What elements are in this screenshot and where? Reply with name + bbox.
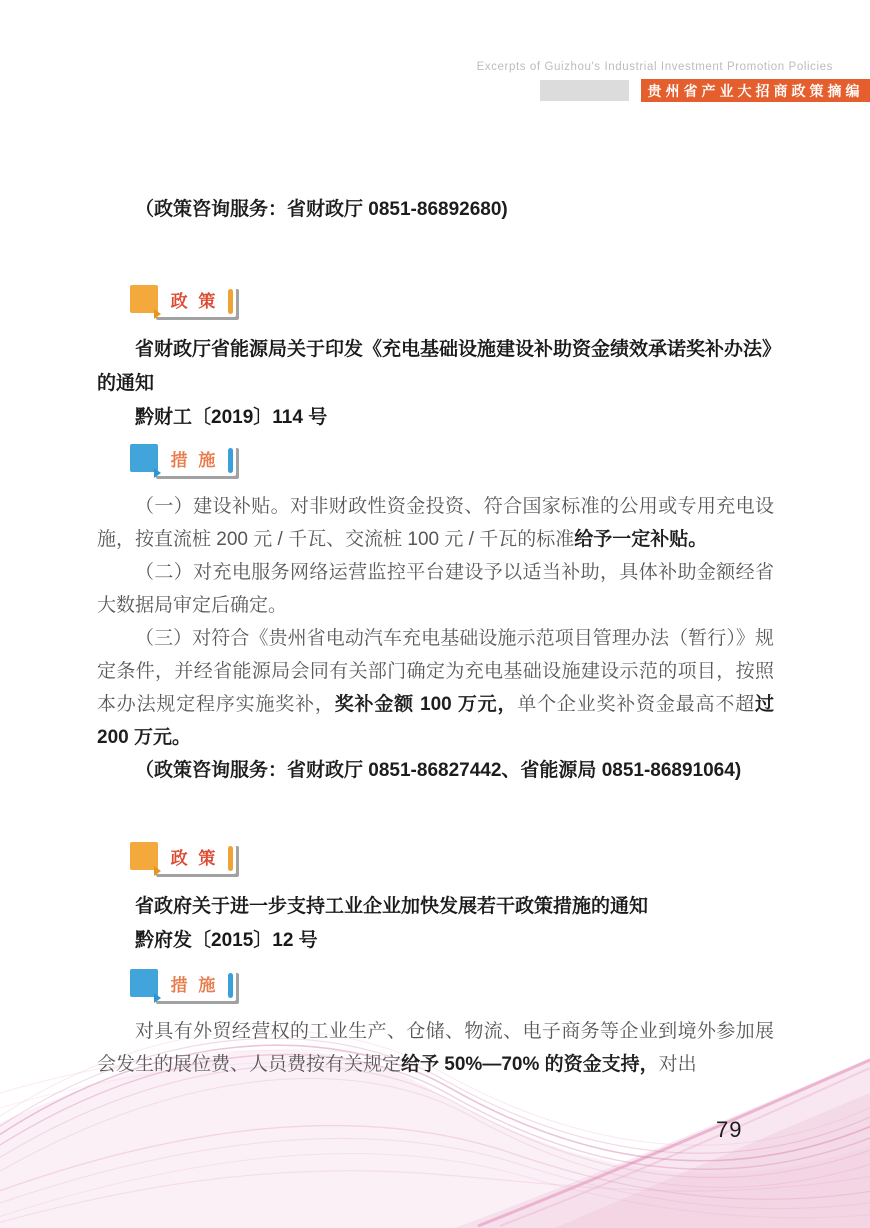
- policy1-doc-number: 黔财工〔2019〕114 号: [97, 401, 774, 435]
- measures-badge-label: 措 施: [171, 444, 219, 477]
- page-content: （政策咨询服务：省财政厅 0851-86892680) 政 策 省财政厅省能源局…: [0, 0, 870, 1081]
- contact-line-intro: （政策咨询服务：省财政厅 0851-86892680): [97, 193, 774, 227]
- badge-tail-icon: [154, 993, 161, 1003]
- badge-tail-icon: [154, 468, 161, 478]
- policy1-contact-line: （政策咨询服务：省财政厅 0851-86827442、省能源局 0851-868…: [97, 754, 774, 788]
- badge-tail-icon: [154, 309, 161, 319]
- policy-badge-label: 政 策: [171, 842, 219, 875]
- badge-bar-icon: [228, 448, 233, 473]
- policy-badge-2: 政 策: [130, 841, 774, 877]
- policy2-paragraph-1: 对具有外贸经营权的工业生产、仓储、物流、电子商务等企业到境外参加展会发生的展位费…: [97, 1015, 774, 1081]
- policy2-title: 省政府关于进一步支持工业企业加快发展若干政策措施的通知: [97, 890, 774, 924]
- measures-badge-1: 措 施: [130, 443, 774, 479]
- badge-bar-icon: [228, 846, 233, 871]
- policy1-paragraph-1: （一）建设补贴。对非财政性资金投资、符合国家标准的公用或专用充电设施，按直流桩 …: [97, 490, 774, 556]
- page-number: 79: [716, 1117, 742, 1143]
- measures-badge-label: 措 施: [171, 969, 219, 1002]
- policy1-paragraph-3: （三）对符合《贵州省电动汽车充电基础设施示范项目管理办法（暂行）》规定条件，并经…: [97, 622, 774, 754]
- badge-tail-icon: [154, 866, 161, 876]
- policy2-doc-number: 黔府发〔2015〕12 号: [97, 924, 774, 958]
- policy1-title: 省财政厅省能源局关于印发《充电基础设施建设补助资金绩效承诺奖补办法》的通知: [97, 333, 774, 401]
- policy1-paragraph-2: （二）对充电服务网络运营监控平台建设予以适当补助，具体补助金额经省大数据局审定后…: [97, 556, 774, 622]
- badge-bar-icon: [228, 289, 233, 314]
- document-page: Excerpts of Guizhou's Industrial Investm…: [0, 0, 870, 1228]
- policy-badge-1: 政 策: [130, 284, 774, 320]
- badge-bar-icon: [228, 973, 233, 998]
- policy-badge-label: 政 策: [171, 285, 219, 318]
- measures-badge-2: 措 施: [130, 968, 774, 1004]
